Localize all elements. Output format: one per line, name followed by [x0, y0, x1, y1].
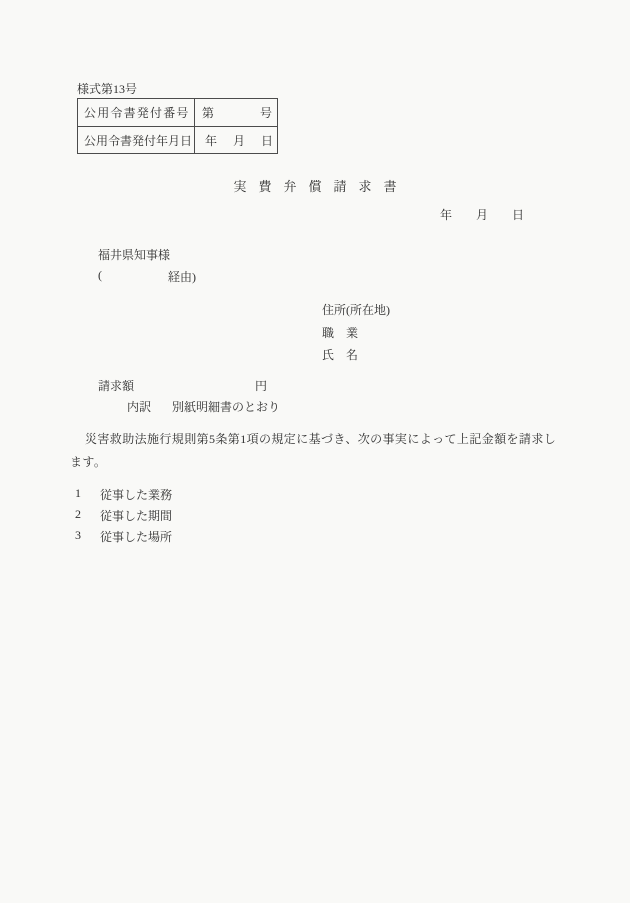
addressee: 福井県知事様 — [98, 246, 170, 263]
issue-date-value-cell: 年 月 日 — [195, 127, 277, 153]
list-item-number: 3 — [75, 528, 100, 545]
table-row: 公用令書発付年月日 年 月 日 — [78, 126, 277, 153]
via-open-paren: ( — [98, 268, 102, 283]
list-item-label: 従事した業務 — [100, 486, 172, 503]
form-page: { "page": { "background": "#f9f9f7", "in… — [0, 0, 630, 903]
form-style-number: 様式第13号 — [77, 80, 137, 97]
list-item-number: 2 — [75, 507, 100, 524]
currency-unit: 円 — [255, 377, 267, 394]
list-item-label: 従事した期間 — [100, 507, 172, 524]
issue-number-label-cell: 公用令書発付番号 — [78, 99, 195, 126]
breakdown-value: 別紙明細書のとおり — [172, 398, 280, 415]
claimant-occupation-label: 職 業 — [322, 324, 358, 341]
issue-number-label: 公用令書発付番号 — [84, 104, 190, 121]
document-title: 実費弁償請求書 — [0, 176, 630, 195]
issue-number-prefix: 第 — [202, 104, 214, 121]
issue-number-value-cell: 第 号 — [195, 99, 277, 126]
issue-header-table: 公用令書発付番号 第 号 公用令書発付年月日 年 月 日 — [77, 98, 278, 154]
claimant-name-label: 氏 名 — [322, 346, 358, 363]
claim-amount-label: 請求額 — [98, 377, 134, 394]
issue-number-suffix: 号 — [260, 104, 272, 121]
issue-date-label: 公用令書発付年月日 — [84, 132, 192, 149]
breakdown-label: 内訳 — [127, 398, 151, 415]
list-item: 3 従事した場所 — [75, 528, 172, 545]
issue-date-label-cell: 公用令書発付年月日 — [78, 127, 195, 153]
via-label: 経由) — [168, 268, 196, 285]
list-item: 2 従事した期間 — [75, 507, 172, 524]
body-paragraph: 災害救助法施行規則第5条第1項の規定に基づき、次の事実によって上記金額を請求しま… — [70, 428, 564, 474]
issue-date-placeholder: 年 月 日 — [205, 132, 275, 149]
claimant-address-label: 住所(所在地) — [322, 301, 390, 318]
date-line: 年 月 日 — [440, 206, 524, 223]
list-item: 1 従事した業務 — [75, 486, 172, 503]
table-row: 公用令書発付番号 第 号 — [78, 99, 277, 126]
list-item-label: 従事した場所 — [100, 528, 172, 545]
list-item-number: 1 — [75, 486, 100, 503]
